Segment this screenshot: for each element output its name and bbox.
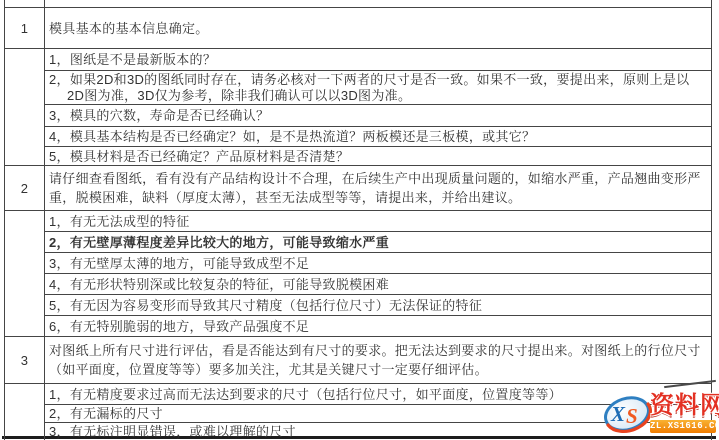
section-header-text: 对图纸上所有尺寸进行评估，看是否能达到有尺寸的要求。把无法达到要求的尺寸提出来。… [45, 337, 712, 384]
section-header-text: 请仔细查看图纸，看有没有产品结构设计不合理，在后续生产中出现质量问题的，如缩水严… [45, 166, 712, 211]
watermark-site-name: 资料网 [650, 393, 716, 419]
checklist-item: 2，如果2D和3D的图纸同时存在，请务必核对一下两者的尺寸是否一致。如果不一致，… [45, 71, 712, 105]
table-border-stub [711, 0, 712, 7]
table-row: 3，模具的穴数，寿命是否已经确认？ [5, 105, 712, 127]
checklist-item: 5，模具材料是否已经确定？产品原材料是否清楚？ [45, 147, 712, 166]
section-number-empty [5, 384, 45, 440]
section-header-text: 模具基本的基本信息确定。 [45, 8, 712, 49]
checklist-item: 4，模具基本结构是否已经确定？如，是不是热流道？两板模还是三板模，或其它？ [45, 127, 712, 147]
section-header-row: 3 对图纸上所有尺寸进行评估，看是否能达到有尺寸的要求。把无法达到要求的尺寸提出… [5, 337, 712, 384]
section-header-row: 1 模具基本的基本信息确定。 [5, 8, 712, 49]
checklist-item: 2，有无壁厚薄程度差异比较大的地方，可能导致缩水严重 [45, 232, 712, 253]
svg-text:X: X [610, 402, 626, 426]
table-row: 6，有无特别脆弱的地方，导致产品强度不足 [5, 316, 712, 337]
section-header-row: 2 请仔细查看图纸，看有没有产品结构设计不合理，在后续生产中出现质量问题的，如缩… [5, 166, 712, 211]
table-row: 3，有无壁厚太薄的地方，可能导致成型不足 [5, 253, 712, 274]
watermark-site-url: ZL.XS1616.COM [650, 420, 716, 433]
table-row: 2，如果2D和3D的图纸同时存在，请务必核对一下两者的尺寸是否一致。如果不一致，… [5, 71, 712, 105]
checklist-item: 3，模具的穴数，寿命是否已经确认？ [45, 105, 712, 127]
table-row: 4，模具基本结构是否已经确定？如，是不是热流道？两板模还是三板模，或其它？ [5, 127, 712, 147]
checklist-item: 5，有无因为容易变形而导致其尺寸精度（包括行位尺寸）无法保证的特征 [45, 295, 712, 316]
checklist-item: 1，图纸是不是最新版本的？ [45, 49, 712, 71]
table-border-stub [44, 0, 45, 7]
watermark-text-column: 资料网 ZL.XS1616.COM [650, 393, 716, 433]
checklist-item: 4，有无形状特别深或比较复杂的特征，可能导致脱模困难 [45, 274, 712, 295]
table-border-stub [4, 0, 5, 7]
watermark: X S 资料网 ZL.XS1616.COM [558, 393, 716, 437]
checklist-item: 1，有无无法成型的特征 [45, 211, 712, 232]
checklist-table: 1 模具基本的基本信息确定。 1，图纸是不是最新版本的？ 2，如果2D和3D的图… [4, 7, 712, 440]
section-number: 1 [5, 8, 45, 49]
section-number: 3 [5, 337, 45, 384]
checklist-item: 3，有无壁厚太薄的地方，可能导致成型不足 [45, 253, 712, 274]
table-row: 5，模具材料是否已经确定？产品原材料是否清楚？ [5, 147, 712, 166]
section-number: 2 [5, 166, 45, 211]
table-row: 1，图纸是不是最新版本的？ [5, 49, 712, 71]
section-number-empty [5, 49, 45, 166]
checklist-item: 6，有无特别脆弱的地方，导致产品强度不足 [45, 316, 712, 337]
table-row: 5，有无因为容易变形而导致其尺寸精度（包括行位尺寸）无法保证的特征 [5, 295, 712, 316]
table-row: 2，有无壁厚薄程度差异比较大的地方，可能导致缩水严重 [5, 232, 712, 253]
svg-text:S: S [626, 404, 638, 428]
table-row: 1，有无无法成型的特征 [5, 211, 712, 232]
xs-logo-icon: X S [602, 391, 652, 437]
section-number-empty [5, 211, 45, 337]
page: 1 模具基本的基本信息确定。 1，图纸是不是最新版本的？ 2，如果2D和3D的图… [0, 0, 719, 440]
table-row: 4，有无形状特别深或比较复杂的特征，可能导致脱模困难 [5, 274, 712, 295]
